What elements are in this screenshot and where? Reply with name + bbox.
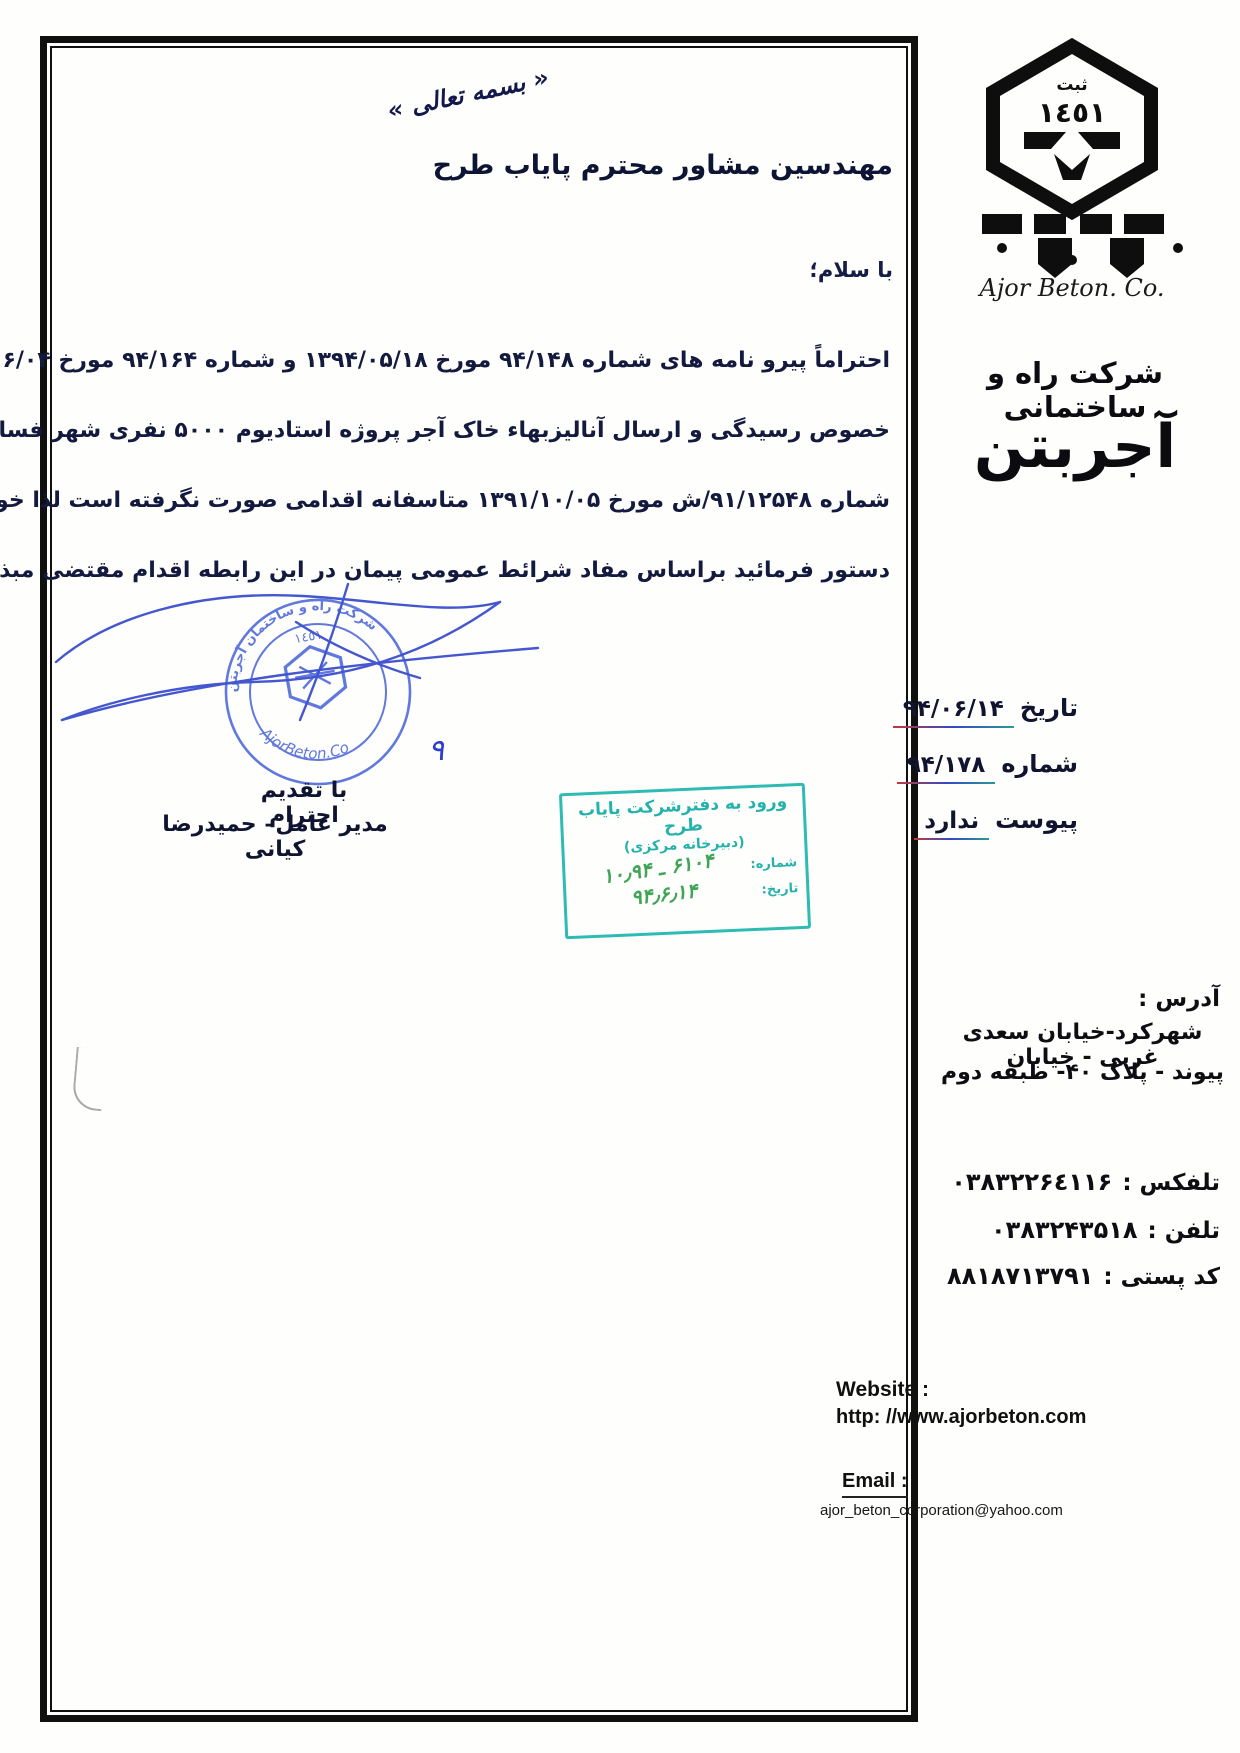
svg-text:AjorBeton.Co: AjorBeton.Co (254, 710, 352, 773)
phone-value: ۰۳۸۳۲۴۳۵۱۸ (991, 1216, 1137, 1244)
website-url: http: //www.ajorbeton.com (836, 1406, 1086, 1429)
website-label: Website : (836, 1378, 929, 1402)
number-value: ۹۴/۱۷۸ (905, 752, 988, 782)
attachment-label: پیوست (995, 806, 1078, 834)
address-label: آدرس : (1130, 986, 1220, 1012)
body-line-2: خصوص رسیدگی و ارسال آنالیزبهاء خاک آجر پ… (72, 396, 890, 466)
company-round-stamp: شرکت راه و ساختمان آجربتن AjorBeton.Co ١… (204, 578, 431, 805)
entry-receipt-stamp: ورود به دفترشرکت پایاب طرح (دبیرخانه مرک… (559, 783, 811, 940)
recipient-heading: مهندسین مشاور محترم پایاب طرح (410, 150, 893, 181)
telefax-row: تلفکس : ۰۳۸۳۲۲۶٤۱۱۶ (930, 1168, 1220, 1196)
phone-row: تلفن : ۰۳۸۳۲۴۳۵۱۸ (930, 1216, 1220, 1244)
signatory-name: مدیر عامل– حمیدرضا کیانی (150, 812, 400, 862)
salutation: با سلام؛ (720, 258, 893, 282)
meta-date-row: تاریخ ۹۴/۰۶/۱۴ (898, 694, 1078, 726)
postal-code-row: کد پستی : ۸۸۱۸۷۱۳۷۹۱ (930, 1262, 1220, 1290)
body-line-1: احتراماً پیرو نامه های شماره ۹۴/۱۴۸ مورخ… (72, 326, 890, 396)
entry-stamp-date-label: تاریخ: (761, 881, 798, 898)
signature-flourish-mark: ٩ (428, 733, 445, 768)
email-label: Email : (842, 1470, 908, 1498)
body-line-3: شماره ۹۱/۱۲۵۴۸/ش مورخ ۱۳۹۱/۱۰/۰۵ متاسفان… (72, 466, 890, 536)
round-stamp-number: ١٤٥١ (293, 628, 323, 648)
address-line-2: پیوند - پلاک ۴۰- طبقه دوم (930, 1060, 1235, 1085)
meta-number-row: شماره ۹۴/۱۷۸ (898, 750, 1078, 782)
telefax-label: تلفکس : (1122, 1170, 1220, 1196)
postal-code-label: کد پستی : (1103, 1264, 1220, 1290)
attachment-value: ندارد (922, 808, 981, 838)
company-name: آجربتن (915, 412, 1235, 482)
logo-registration-number: ١٤٥١ (1038, 96, 1106, 129)
email-address: ajor_beton_corporation@yahoo.com (820, 1502, 1063, 1519)
scanned-letter-page: « بسمه تعالی » مهندسین مشاور محترم پایاب… (0, 0, 1240, 1753)
company-logo: ثبت ١٤٥١ Ajor Beton. Co. (942, 34, 1202, 304)
round-stamp-bottom-text: AjorBeton.Co (254, 710, 352, 773)
postal-code-value: ۸۸۱۸۷۱۳۷۹۱ (947, 1262, 1093, 1290)
logo-registration-label: ثبت (1056, 75, 1087, 95)
date-label: تاریخ (1020, 694, 1078, 722)
logo-latin-name: Ajor Beton. Co. (978, 274, 1165, 302)
telefax-value: ۰۳۸۳۲۲۶٤۱۱۶ (951, 1168, 1112, 1196)
entry-stamp-number-label: شماره: (750, 855, 797, 872)
meta-attachment-row: پیوست ندارد (898, 806, 1078, 838)
date-value: ۹۴/۰۶/۱۴ (901, 696, 1006, 726)
phone-label: تلفن : (1148, 1218, 1220, 1244)
number-label: شماره (1001, 750, 1078, 778)
